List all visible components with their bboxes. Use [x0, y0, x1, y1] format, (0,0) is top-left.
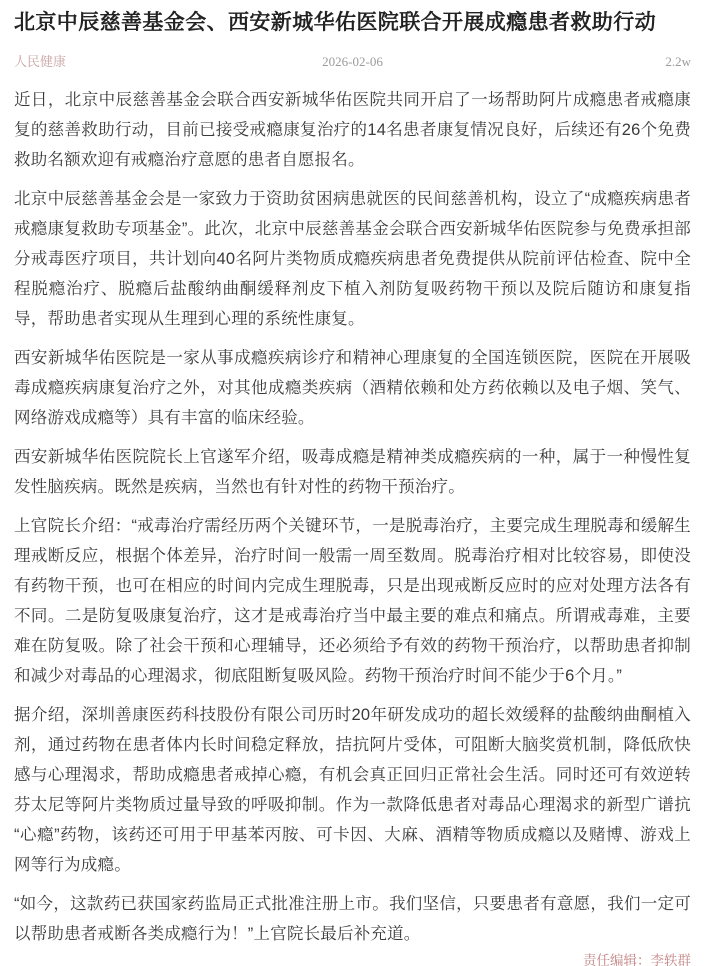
- paragraph-5: 上官院长介绍：“戒毒治疗需经历两个关键环节，一是脱毒治疗，主要完成生理脱毒和缓解…: [14, 511, 691, 691]
- article-date: 2026-02-06: [14, 53, 691, 71]
- article-body: 近日，北京中辰慈善基金会联合西安新城华佑医院共同开启了一场帮助阿片成瘾患者戒瘾康…: [14, 85, 691, 949]
- article-meta: 人民健康 2026-02-06 2.2w: [14, 53, 691, 71]
- paragraph-6: 据介绍，深圳善康医药科技股份有限公司历时20年研发成功的超长效缓释的盐酸纳曲酮植…: [14, 700, 691, 880]
- paragraph-1: 近日，北京中辰慈善基金会联合西安新城华佑医院共同开启了一场帮助阿片成瘾患者戒瘾康…: [14, 85, 691, 175]
- paragraph-3: 西安新城华佑医院是一家从事成瘾疾病诊疗和精神心理康复的全国连锁医院，医院在开展吸…: [14, 343, 691, 433]
- paragraph-4: 西安新城华佑医院院长上官遂军介绍，吸毒成瘾是精神类成瘾疾病的一种，属于一种慢性复…: [14, 442, 691, 502]
- editor-credit: 责任编辑：李轶群: [14, 952, 691, 966]
- article-page: 北京中辰慈善基金会、西安新城华佑医院联合开展成瘾患者救助行动 人民健康 2026…: [0, 0, 705, 966]
- paragraph-2: 北京中辰慈善基金会是一家致力于资助贫困病患就医的民间慈善机构，设立了“成瘾疾病患…: [14, 184, 691, 334]
- article-title: 北京中辰慈善基金会、西安新城华佑医院联合开展成瘾患者救助行动: [14, 8, 691, 38]
- paragraph-7: “如今，这款药已获国家药监局正式批准注册上市。我们坚信，只要患者有意愿，我们一定…: [14, 889, 691, 949]
